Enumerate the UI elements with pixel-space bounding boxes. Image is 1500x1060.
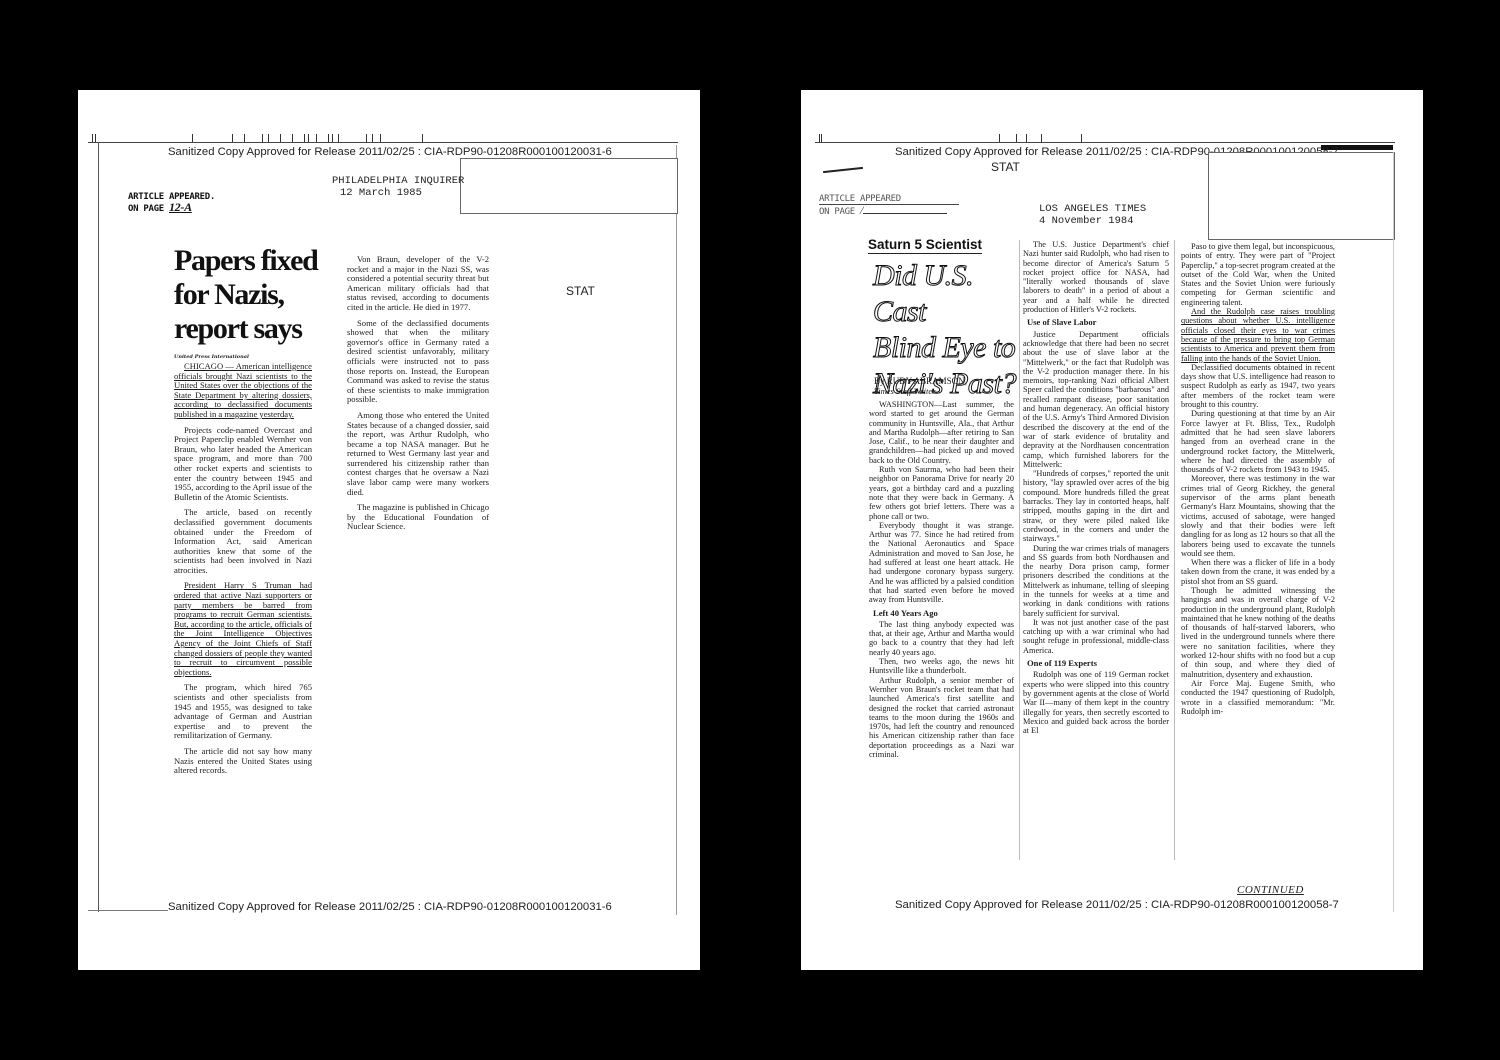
on-page-label: ON PAGE (128, 204, 164, 214)
stat-label: STAT (991, 160, 1020, 174)
paragraph: Paso to give them legal, but inconspicuo… (1181, 242, 1335, 307)
publication-name: LOS ANGELES TIMES (1039, 203, 1146, 215)
paragraph: Everybody thought it was strange. Arthur… (869, 521, 1014, 605)
scan-border-right (676, 145, 677, 915)
paragraph: Moreover, there was testimony in the war… (1181, 474, 1335, 558)
paragraph: Some of the declassified documents showe… (347, 319, 489, 405)
article-appeared-stamp: ARTICLE APPEARED ON PAGE / (819, 194, 959, 217)
scan-border-top (815, 142, 1395, 143)
article-column-2: Von Braun, developer of the V-2 rocket a… (347, 255, 489, 538)
paragraph: Justice Department officials acknowledge… (1023, 330, 1169, 469)
pen-mark (823, 167, 863, 173)
scan-border-right (1393, 152, 1394, 912)
stat-label: STAT (566, 284, 595, 298)
subheading: One of 119 Experts (1027, 659, 1169, 668)
paragraph: And the Rudolph case raises troubling qu… (1181, 307, 1335, 363)
paragraph: Declassified documents obtained in recen… (1181, 363, 1335, 409)
paragraph: "Hundreds of corpses," reported the unit… (1023, 469, 1169, 543)
scan-registration-ticks (819, 132, 1119, 142)
sanitized-footer-stamp: Sanitized Copy Approved for Release 2011… (895, 899, 1339, 911)
paragraph: Rudolph was one of 119 German rocket exp… (1023, 670, 1169, 735)
paragraph: The last thing anybody expected was that… (869, 620, 1014, 657)
paragraph: When there was a flicker of life in a bo… (1181, 558, 1335, 586)
sanitized-header-stamp: Sanitized Copy Approved for Release 2011… (168, 146, 612, 158)
document-page-left: Sanitized Copy Approved for Release 2011… (78, 90, 700, 970)
article-appeared-stamp: ARTICLE APPEARED. ON PAGE 12-A (128, 192, 215, 214)
paragraph: Though he admitted witnessing the hangin… (1181, 586, 1335, 679)
sanitized-footer-stamp: Sanitized Copy Approved for Release 2011… (168, 901, 612, 913)
continued-label: CONTINUED (1237, 884, 1304, 896)
paragraph: Projects code-named Overcast and Project… (174, 426, 312, 503)
paragraph: Von Braun, developer of the V-2 rocket a… (347, 255, 489, 313)
subheading: Use of Slave Labor (1027, 318, 1169, 327)
paragraph: During questioning at that time by an Ai… (1181, 409, 1335, 474)
scan-border-bottom (88, 910, 168, 911)
paragraph: The magazine is published in Chicago by … (347, 503, 489, 532)
paragraph: Then, two weeks ago, the news hit Huntsv… (869, 657, 1014, 676)
article-column-1: CHICAGO — American intelligence official… (174, 362, 312, 782)
paragraph: Arthur Rudolph, a senior member of Wernh… (869, 676, 1014, 760)
redaction-box (1208, 152, 1395, 240)
article-byline: By RUDY ABRAMSON, Times Staff Writer (874, 376, 967, 396)
paragraph: During the war crimes trials of managers… (1023, 544, 1169, 618)
paragraph: It was not just another case of the past… (1023, 618, 1169, 655)
document-page-right: Sanitized Copy Approved for Release 2011… (801, 90, 1423, 970)
byline-title: Times Staff Writer (874, 386, 935, 396)
paragraph: The article did not say how many Nazis e… (174, 747, 312, 776)
byline-name: By RUDY ABRAMSON, (874, 376, 967, 386)
column-rule (1174, 240, 1175, 860)
paragraph: CHICAGO — American intelligence official… (174, 362, 312, 420)
paragraph: The U.S. Justice Department's chief Nazi… (1023, 240, 1169, 314)
article-headline: Papers fixed for Nazis, report says (174, 244, 334, 346)
article-column-3: Paso to give them legal, but inconspicuo… (1181, 242, 1335, 716)
paragraph: The program, which hired 765 scientists … (174, 683, 312, 741)
paragraph: WASHINGTON—Last summer, the word started… (869, 400, 1014, 465)
scan-border-left (98, 142, 99, 912)
redaction-box (460, 158, 678, 214)
paragraph: Among those who entered the United State… (347, 411, 489, 497)
paragraph: President Harry S Truman had ordered tha… (174, 581, 312, 677)
wire-credit: United Press International (174, 354, 249, 360)
scan-border-top (88, 142, 678, 143)
on-page-label: ON PAGE (819, 207, 855, 217)
article-kicker: Saturn 5 Scientist (868, 237, 982, 254)
publication-date: 4 November 1984 (1039, 215, 1134, 227)
on-page-value: / (860, 203, 863, 217)
publication-name: PHILADELPHIA INQUIRER (332, 175, 464, 187)
publication-date: 12 March 1985 (340, 187, 422, 199)
column-rule (1019, 240, 1020, 860)
article-column-1: WASHINGTON—Last summer, the word started… (869, 400, 1014, 759)
paragraph: The article, based on recently declassif… (174, 508, 312, 575)
scan-registration-ticks (92, 132, 392, 142)
on-page-value: 12-A (169, 200, 192, 214)
paragraph: Air Force Maj. Eugene Smith, who conduct… (1181, 679, 1335, 716)
subheading: Left 40 Years Ago (873, 609, 1014, 618)
paragraph: Ruth von Saurma, who had been their neig… (869, 465, 1014, 521)
article-column-2: The U.S. Justice Department's chief Nazi… (1023, 240, 1169, 735)
